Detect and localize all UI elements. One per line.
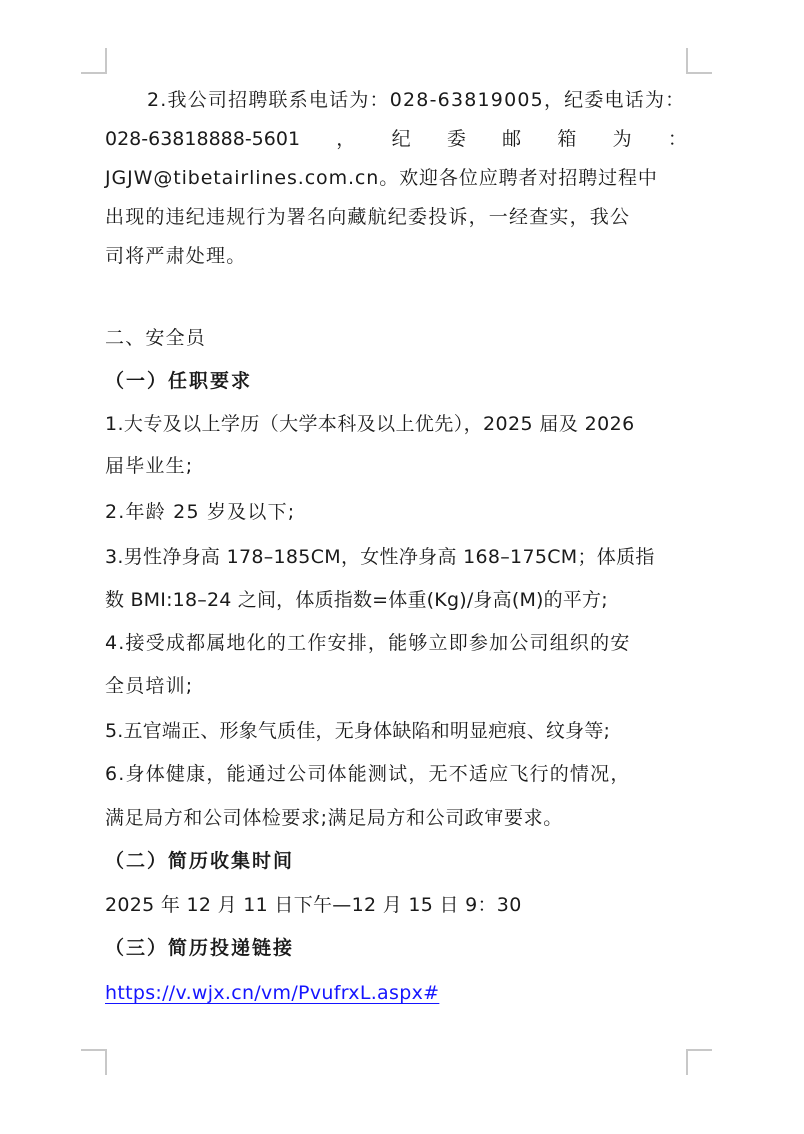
corner-mark-top-left-v [105, 48, 107, 74]
corner-mark-bottom-left-v [105, 1049, 107, 1075]
comma: ， [336, 124, 355, 154]
corner-mark-bottom-left-h [81, 1049, 107, 1051]
char: 邮 [502, 124, 521, 154]
requirement-line: 3.男性净身高 178–185CM，女性净身高 168–175CM；体质指 [105, 542, 687, 572]
requirement-line: 数 BMI:18–24 之间，体质指数=体重(Kg)/身高(M)的平方; [105, 585, 687, 615]
intro-line-5: 司将严肃处理。 [105, 241, 687, 271]
submission-link[interactable]: https://v.wjx.cn/vm/PvufrxL.aspx# [105, 982, 439, 1004]
intro-line-1: 2.我公司招聘联系电话为：028-63819005，纪委电话为： [105, 85, 687, 115]
char: 纪 [392, 124, 411, 154]
corner-mark-top-right-v [686, 48, 688, 74]
char: 箱 [557, 124, 576, 154]
requirement-line: 5.五官端正、形象气质佳，无身体缺陷和明显疤痕、纹身等; [105, 716, 687, 746]
corner-mark-bottom-right-v [686, 1049, 688, 1075]
requirement-line: 4.接受成都属地化的工作安排，能够立即参加公司组织的安 [105, 628, 687, 658]
corner-mark-top-right-h [686, 72, 712, 74]
requirement-line: 1.大专及以上学历（大学本科及以上优先），2025 届及 2026 [105, 409, 687, 439]
requirement-line: 届毕业生; [105, 451, 687, 481]
corner-mark-top-left-h [81, 72, 107, 74]
collection-time: 2025 年 12 月 11 日下午—12 月 15 日 9：30 [105, 890, 687, 920]
intro-line-3: JGJW@tibetairlines.com.cn。欢迎各位应聘者对招聘过程中 [105, 163, 687, 193]
char: 委 [447, 124, 466, 154]
intro-line-2: 028-63818888-5601 ， 纪 委 邮 箱 为 ： [105, 124, 687, 154]
char: 为 [613, 124, 632, 154]
requirement-line: 2.年龄 25 岁及以下; [105, 497, 687, 527]
requirement-line: 6.身体健康，能通过公司体能测试，无不适应飞行的情况， [105, 759, 687, 789]
section-title: 二、安全员 [105, 323, 687, 353]
colon: ： [668, 124, 687, 154]
submission-link-row: https://v.wjx.cn/vm/PvufrxL.aspx# [105, 978, 687, 1008]
subsection-heading-collection-time: （二）简历收集时间 [105, 846, 687, 876]
subsection-heading-submission-link: （三）简历投递链接 [105, 933, 687, 963]
intro-line-4: 出现的违纪违规行为署名向藏航纪委投诉，一经查实，我公 [105, 202, 687, 232]
requirement-line: 满足局方和公司体检要求;满足局方和公司政审要求。 [105, 803, 687, 833]
corner-mark-bottom-right-h [686, 1049, 712, 1051]
subsection-heading-requirements: （一）任职要求 [105, 366, 687, 396]
discipline-phone: 028-63818888-5601 [105, 124, 300, 154]
requirement-line: 全员培训; [105, 671, 687, 701]
